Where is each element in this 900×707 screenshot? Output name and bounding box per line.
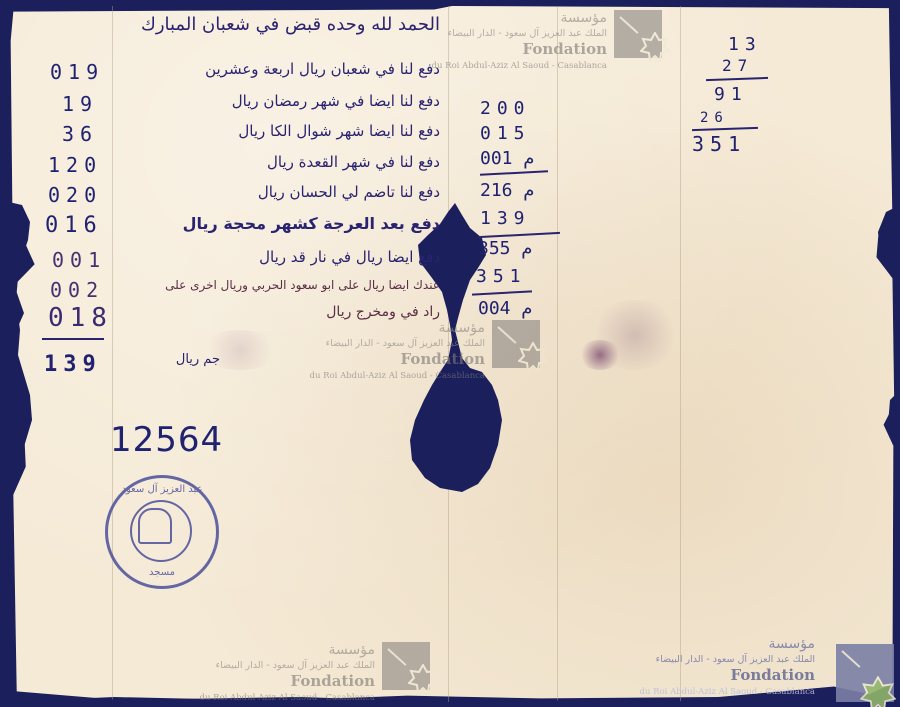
amount: 020 <box>48 183 102 207</box>
ledger-line: دفع لنا ايضا في شهر رمضان ريال <box>150 92 440 110</box>
calc-value: 26 <box>700 110 729 126</box>
ledger-line: دفع لنا في شهر القعدة ريال <box>150 153 440 171</box>
amount: 36 <box>62 122 98 146</box>
watermark-arabic-title: مؤسسة <box>329 642 375 658</box>
ledger-line: راد في ومخرج ريال <box>250 304 440 320</box>
ledger-line: دفع لنا ايضا شهر شوال الكا ريال <box>150 122 440 140</box>
watermark-french-title: Fondation <box>291 672 376 690</box>
star-logo-icon <box>518 342 548 372</box>
ledger-line: دفع لنا في شعبان ريال اربعة وعشرين <box>150 60 440 78</box>
watermark-arabic-title: مؤسسة <box>561 10 607 26</box>
calc-value: 27 <box>722 56 753 75</box>
watermark-arabic-title: مؤسسة <box>769 636 815 652</box>
ledger-line: دفع لنا تاضم لي الحسان ريال <box>150 183 440 201</box>
star-logo-icon <box>408 664 438 694</box>
calc-value: 13 <box>728 34 762 55</box>
accession-number: 12564 <box>110 420 223 460</box>
foundation-watermark: مؤسسة الملك عبد العزيز آل سعود - الدار ا… <box>462 10 692 80</box>
watermark-arabic-subtitle: الملك عبد العزيز آل سعود - الدار البيضاء <box>656 654 815 665</box>
watermark-french-subtitle: du Roi Abdul-Aziz Al Saoud - Casablanca <box>432 61 607 71</box>
calc-value: 351 <box>692 132 746 156</box>
stain <box>200 330 280 370</box>
calc-value: 139 <box>480 208 531 229</box>
document-heading: الحمد لله وحده قبض في شعبان المبارك <box>150 14 440 35</box>
total-amount: 139 <box>44 352 102 377</box>
foundation-watermark: مؤسسة الملك عبد العزيز آل سعود - الدار ا… <box>340 320 570 390</box>
archive-stamp: عبد العزيز آل سعود مسجد <box>105 475 219 589</box>
foundation-watermark: مؤسسة الملك عبد العزيز آل سعود - الدار ا… <box>230 642 460 707</box>
watermark-french-title: Fondation <box>731 666 816 684</box>
amount: 018 <box>48 303 113 333</box>
watermark-french-subtitle: du Roi Abdul-Aziz Al Saoud - Casablanca <box>200 693 375 703</box>
watermark-french-title: Fondation <box>401 350 486 368</box>
foundation-watermark: مؤسسة الملك عبد العزيز آل سعود - الدار ا… <box>670 636 900 706</box>
watermark-arabic-title: مؤسسة <box>439 320 485 336</box>
calc-value: 355 م <box>478 238 532 259</box>
scanned-document: الحمد لله وحده قبض في شعبان المبارك دفع … <box>0 0 900 707</box>
amount: 001 <box>52 248 106 272</box>
sum-rule <box>42 338 104 340</box>
calc-value: 004 م <box>478 298 532 319</box>
calc-value: 351 <box>476 266 527 287</box>
watermark-arabic-subtitle: الملك عبد العزيز آل سعود - الدار البيضاء <box>326 338 485 349</box>
watermark-arabic-subtitle: الملك عبد العزيز آل سعود - الدار البيضاء <box>448 28 607 39</box>
watermark-arabic-subtitle: الملك عبد العزيز آل سعود - الدار البيضاء <box>216 660 375 671</box>
calc-value: 216 م <box>480 180 534 201</box>
ink-stain <box>590 300 680 370</box>
ledger-line: دفع بعد العرجة كشهر محجة ريال <box>150 214 440 233</box>
amount: 016 <box>45 213 103 238</box>
amount: 19 <box>62 92 98 116</box>
calc-value: 015 <box>480 123 531 144</box>
calc-value: 200 <box>480 98 531 119</box>
calc-value: 001 م <box>480 148 534 169</box>
watermark-french-subtitle: du Roi Abdul-Aziz Al Saoud - Casablanca <box>640 687 815 697</box>
amount: 002 <box>50 278 104 302</box>
star-logo-icon <box>860 676 896 707</box>
ledger-line: دفع ايضا ريال في نار قد ريال <box>150 248 440 266</box>
watermark-french-subtitle: du Roi Abdul-Aziz Al Saoud - Casablanca <box>310 371 485 381</box>
watermark-french-title: Fondation <box>523 40 608 58</box>
ledger-line: عندك ايضا ريال على ابو سعود الحربي وريال… <box>130 278 440 292</box>
amount: 120 <box>48 153 102 177</box>
star-emblem-icon <box>138 508 172 544</box>
calc-value: 91 <box>714 84 748 105</box>
stamp-bottom-text: مسجد <box>108 567 216 578</box>
stamp-top-text: عبد العزيز آل سعود <box>108 484 216 495</box>
star-logo-icon <box>640 32 670 62</box>
amount: 019 <box>50 60 104 84</box>
